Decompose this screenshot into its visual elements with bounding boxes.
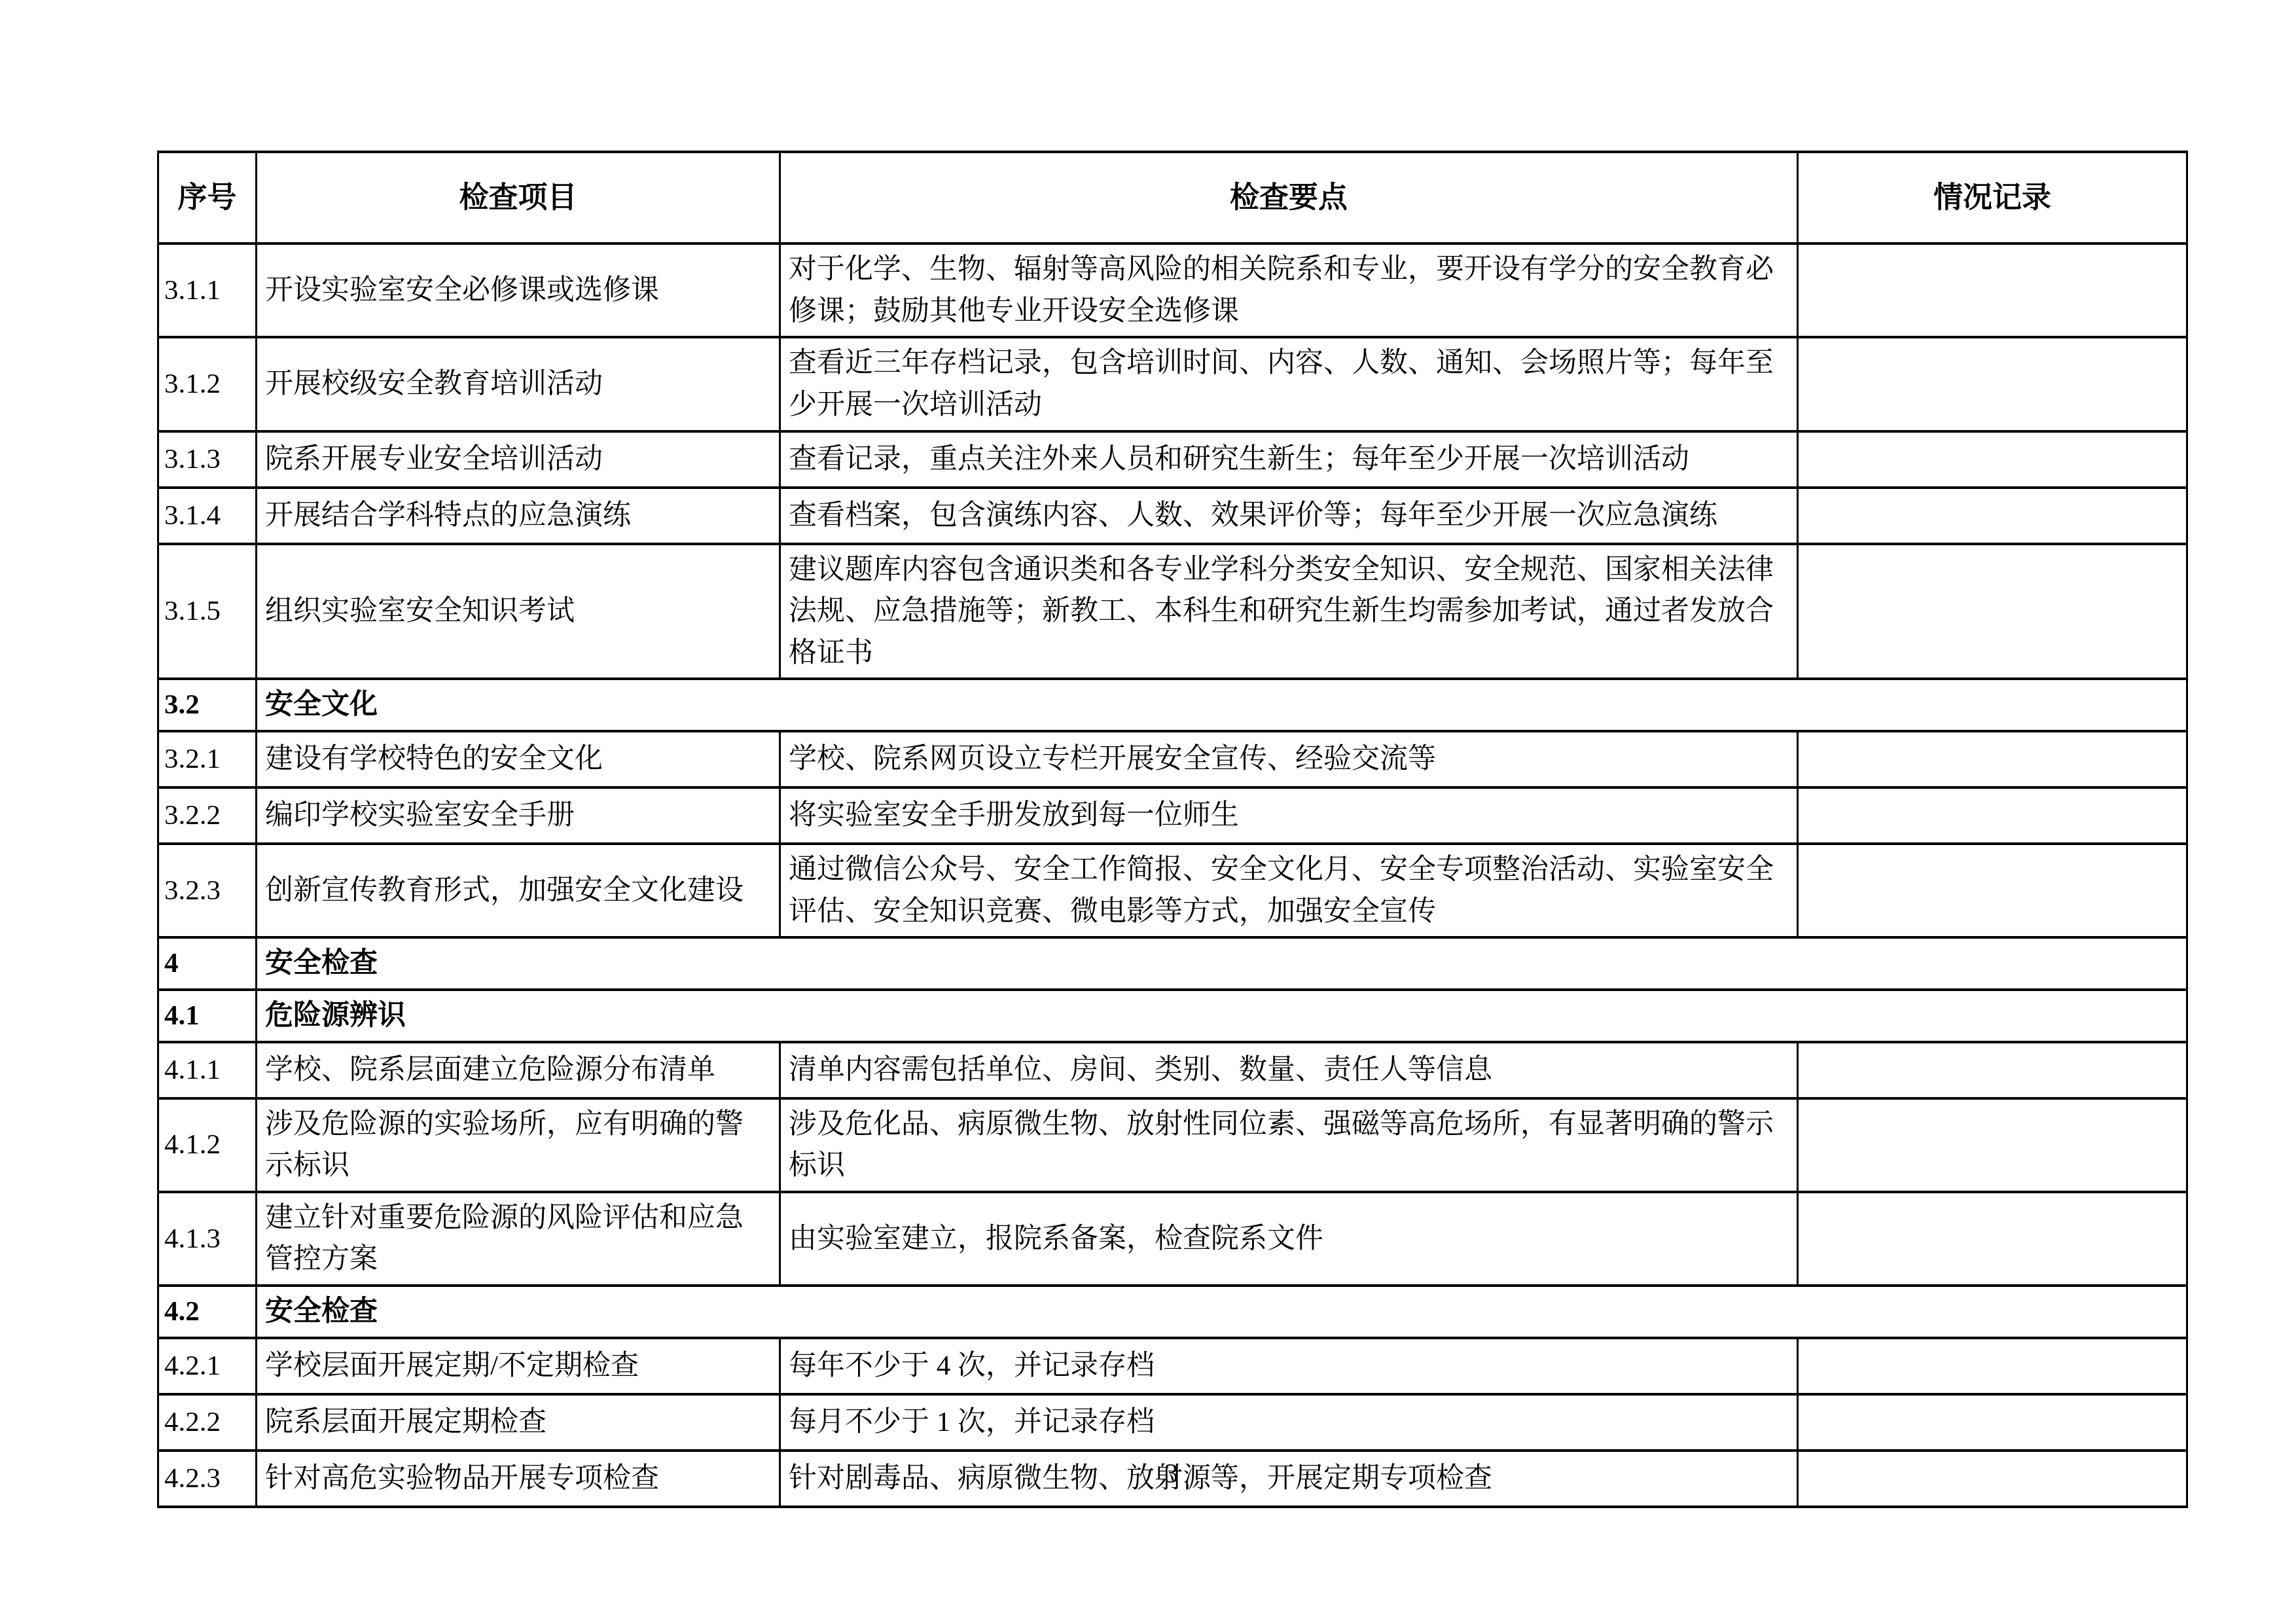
section-title-cell: 安全检查 [257, 937, 2187, 990]
item-cell: 学校、院系层面建立危险源分布清单 [257, 1042, 780, 1098]
table-row: 4.2.1 学校层面开展定期/不定期检查 每年不少于 4 次，并记录存档 [158, 1338, 2187, 1394]
section-row: 4 安全检查 [158, 937, 2187, 990]
record-cell [1798, 844, 2187, 937]
column-header-2: 检查要点 [780, 152, 1798, 244]
document-page: 序号检查项目检查要点情况记录 3.1.1 开设实验室安全必修课或选修课 对于化学… [0, 0, 2296, 1624]
item-cell: 院系层面开展定期检查 [257, 1394, 780, 1451]
item-cell: 涉及危险源的实验场所，应有明确的警示标识 [257, 1098, 780, 1192]
record-cell [1798, 1192, 2187, 1286]
section-id-cell: 4 [158, 937, 257, 990]
record-cell [1798, 544, 2187, 679]
row-id-cell: 3.2.1 [158, 731, 257, 787]
row-id-cell: 4.2.2 [158, 1394, 257, 1451]
column-header-0: 序号 [158, 152, 257, 244]
record-cell [1798, 1098, 2187, 1192]
section-id-cell: 3.2 [158, 679, 257, 731]
table-row: 3.1.4 开展结合学科特点的应急演练 查看档案，包含演练内容、人数、效果评价等… [158, 488, 2187, 544]
record-cell [1798, 731, 2187, 787]
points-cell: 建议题库内容包含通识类和各专业学科分类安全知识、安全规范、国家相关法律法规、应急… [780, 544, 1798, 679]
row-id-cell: 4.1.2 [158, 1098, 257, 1192]
item-cell: 开展结合学科特点的应急演练 [257, 488, 780, 544]
row-id-cell: 3.1.3 [158, 431, 257, 488]
points-cell: 学校、院系网页设立专栏开展安全宣传、经验交流等 [780, 731, 1798, 787]
row-id-cell: 4.1.3 [158, 1192, 257, 1286]
points-cell: 对于化学、生物、辐射等高风险的相关院系和专业，要开设有学分的安全教育必修课；鼓励… [780, 244, 1798, 337]
inspection-table: 序号检查项目检查要点情况记录 3.1.1 开设实验室安全必修课或选修课 对于化学… [157, 151, 2188, 1508]
item-cell: 组织实验室安全知识考试 [257, 544, 780, 679]
item-cell: 院系开展专业安全培训活动 [257, 431, 780, 488]
column-header-1: 检查项目 [257, 152, 780, 244]
points-cell: 涉及危化品、病原微生物、放射性同位素、强磁等高危场所，有显著明确的警示标识 [780, 1098, 1798, 1192]
table-row: 3.1.1 开设实验室安全必修课或选修课 对于化学、生物、辐射等高风险的相关院系… [158, 244, 2187, 337]
points-cell: 清单内容需包括单位、房间、类别、数量、责任人等信息 [780, 1042, 1798, 1098]
row-id-cell: 3.2.3 [158, 844, 257, 937]
column-header-3: 情况记录 [1798, 152, 2187, 244]
item-cell: 建立针对重要危险源的风险评估和应急管控方案 [257, 1192, 780, 1286]
item-cell: 建设有学校特色的安全文化 [257, 731, 780, 787]
section-id-cell: 4.1 [158, 990, 257, 1042]
table-row: 3.2.1 建设有学校特色的安全文化 学校、院系网页设立专栏开展安全宣传、经验交… [158, 731, 2187, 787]
row-id-cell: 3.2.2 [158, 787, 257, 844]
record-cell [1798, 787, 2187, 844]
table-row: 3.1.5 组织实验室安全知识考试 建议题库内容包含通识类和各专业学科分类安全知… [158, 544, 2187, 679]
row-id-cell: 3.1.5 [158, 544, 257, 679]
item-cell: 编印学校实验室安全手册 [257, 787, 780, 844]
record-cell [1798, 1394, 2187, 1451]
page-number: 3 [157, 1458, 2186, 1490]
table-row: 3.1.2 开展校级安全教育培训活动 查看近三年存档记录，包含培训时间、内容、人… [158, 337, 2187, 431]
item-cell: 学校层面开展定期/不定期检查 [257, 1338, 780, 1394]
row-id-cell: 3.1.2 [158, 337, 257, 431]
points-cell: 查看记录，重点关注外来人员和研究生新生；每年至少开展一次培训活动 [780, 431, 1798, 488]
table-row: 4.1.2 涉及危险源的实验场所，应有明确的警示标识 涉及危化品、病原微生物、放… [158, 1098, 2187, 1192]
points-cell: 每年不少于 4 次，并记录存档 [780, 1338, 1798, 1394]
points-cell: 由实验室建立，报院系备案，检查院系文件 [780, 1192, 1798, 1286]
item-cell: 开设实验室安全必修课或选修课 [257, 244, 780, 337]
record-cell [1798, 431, 2187, 488]
record-cell [1798, 244, 2187, 337]
record-cell [1798, 1338, 2187, 1394]
points-cell: 查看档案，包含演练内容、人数、效果评价等；每年至少开展一次应急演练 [780, 488, 1798, 544]
section-row: 3.2 安全文化 [158, 679, 2187, 731]
section-title-cell: 安全检查 [257, 1286, 2187, 1338]
table-row: 3.1.3 院系开展专业安全培训活动 查看记录，重点关注外来人员和研究生新生；每… [158, 431, 2187, 488]
section-title-cell: 安全文化 [257, 679, 2187, 731]
item-cell: 创新宣传教育形式，加强安全文化建设 [257, 844, 780, 937]
header-row: 序号检查项目检查要点情况记录 [158, 152, 2187, 244]
row-id-cell: 3.1.4 [158, 488, 257, 544]
section-title-cell: 危险源辨识 [257, 990, 2187, 1042]
points-cell: 将实验室安全手册发放到每一位师生 [780, 787, 1798, 844]
row-id-cell: 3.1.1 [158, 244, 257, 337]
row-id-cell: 4.1.1 [158, 1042, 257, 1098]
points-cell: 通过微信公众号、安全工作简报、安全文化月、安全专项整治活动、实验室安全评估、安全… [780, 844, 1798, 937]
item-cell: 开展校级安全教育培训活动 [257, 337, 780, 431]
row-id-cell: 4.2.1 [158, 1338, 257, 1394]
section-id-cell: 4.2 [158, 1286, 257, 1338]
section-row: 4.1 危险源辨识 [158, 990, 2187, 1042]
table-row: 3.2.3 创新宣传教育形式，加强安全文化建设 通过微信公众号、安全工作简报、安… [158, 844, 2187, 937]
table-row: 4.1.3 建立针对重要危险源的风险评估和应急管控方案 由实验室建立，报院系备案… [158, 1192, 2187, 1286]
section-row: 4.2 安全检查 [158, 1286, 2187, 1338]
table-row: 4.1.1 学校、院系层面建立危险源分布清单 清单内容需包括单位、房间、类别、数… [158, 1042, 2187, 1098]
table-row: 4.2.2 院系层面开展定期检查 每月不少于 1 次，并记录存档 [158, 1394, 2187, 1451]
record-cell [1798, 1042, 2187, 1098]
table-row: 3.2.2 编印学校实验室安全手册 将实验室安全手册发放到每一位师生 [158, 787, 2187, 844]
record-cell [1798, 488, 2187, 544]
points-cell: 查看近三年存档记录，包含培训时间、内容、人数、通知、会场照片等；每年至少开展一次… [780, 337, 1798, 431]
points-cell: 每月不少于 1 次，并记录存档 [780, 1394, 1798, 1451]
record-cell [1798, 337, 2187, 431]
